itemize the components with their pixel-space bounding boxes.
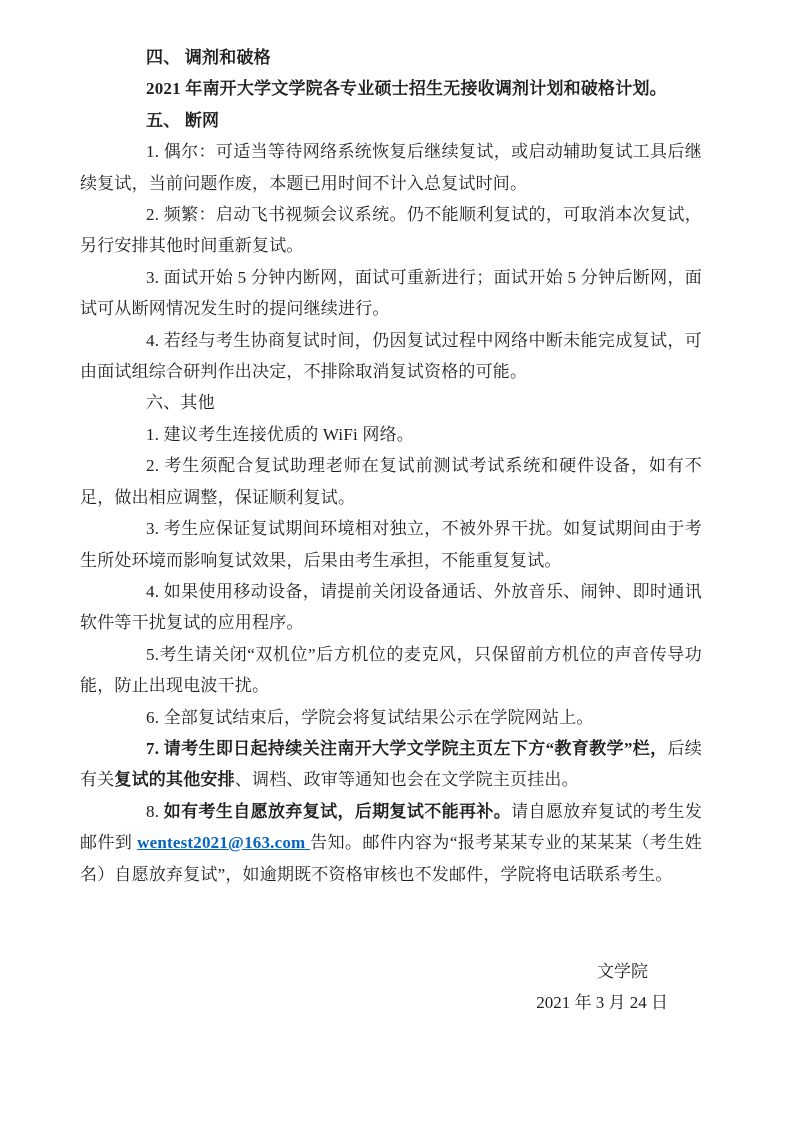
document-page: 四、 调剂和破格2021 年南开大学文学院各专业硕士招生无接收调剂计划和破格计划… <box>0 0 793 1122</box>
text-run: 、调档、政审等通知也会在文学院主页挂出。 <box>235 770 579 789</box>
text-run: 如有考生自愿放弃复试，后期复试不能再补。 <box>164 802 511 821</box>
section-5-item-3: 3. 面试开始 5 分钟内断网，面试可重新进行；面试开始 5 分钟后断网，面试可… <box>80 262 702 325</box>
text-run: 4. 如果使用移动设备，请提前关闭设备通话、外放音乐、闹钟、即时通讯软件等干扰复… <box>80 582 702 632</box>
document-body: 四、 调剂和破格2021 年南开大学文学院各专业硕士招生无接收调剂计划和破格计划… <box>80 42 702 890</box>
section-5-item-2: 2. 频繁：启动飞书视频会议系统。仍不能顺利复试的，可取消本次复试，另行安排其他… <box>80 199 702 262</box>
text-run: 8. <box>146 802 164 821</box>
text-run: 3. 考生应保证复试期间环境相对独立，不被外界干扰。如复试期间由于考生所处环境而… <box>80 519 702 569</box>
text-run: 1. 建议考生连接优质的 WiFi 网络。 <box>146 425 414 444</box>
text-run: 五、 断网 <box>146 111 219 130</box>
text-run: 4. 若经与考生协商复试时间，仍因复试过程中网络中断未能完成复试，可由面试组综合… <box>80 331 702 381</box>
signature-block: 文学院 2021 年 3 月 24 日 <box>80 956 702 1019</box>
text-run: 2. 考生须配合复试助理老师在复试前测试考试系统和硬件设备，如有不足，做出相应调… <box>80 456 702 506</box>
text-run: 2. 频繁：启动飞书视频会议系统。仍不能顺利复试的，可取消本次复试，另行安排其他… <box>80 205 702 255</box>
section-5-item-1: 1. 偶尔：可适当等待网络系统恢复后继续复试，或启动辅助复试工具后继续复试，当前… <box>80 136 702 199</box>
text-run: 1. 偶尔：可适当等待网络系统恢复后继续复试，或启动辅助复试工具后继续复试，当前… <box>80 142 702 192</box>
text-run: 四、 调剂和破格 <box>146 48 271 67</box>
section-6-item-6: 6. 全部复试结束后，学院会将复试结果公示在学院网站上。 <box>80 702 702 733</box>
text-run: 2021 年南开大学文学院各专业硕士招生无接收调剂计划和破格计划。 <box>146 79 667 98</box>
signature-org: 文学院 <box>80 956 702 987</box>
heading-section-6: 六、其他 <box>80 387 702 418</box>
text-run: 6. 全部复试结束后，学院会将复试结果公示在学院网站上。 <box>146 708 594 727</box>
section-6-item-5: 5.考生请关闭“双机位”后方机位的麦克风，只保留前方机位的声音传导功能，防止出现… <box>80 639 702 702</box>
section-5-item-4: 4. 若经与考生协商复试时间，仍因复试过程中网络中断未能完成复试，可由面试组综合… <box>80 325 702 388</box>
signature-date: 2021 年 3 月 24 日 <box>80 987 702 1018</box>
section-6-item-8: 8. 如有考生自愿放弃复试，后期复试不能再补。请自愿放弃复试的考生发邮件到 we… <box>80 796 702 890</box>
section-6-item-1: 1. 建议考生连接优质的 WiFi 网络。 <box>80 419 702 450</box>
section-6-item-2: 2. 考生须配合复试助理老师在复试前测试考试系统和硬件设备，如有不足，做出相应调… <box>80 450 702 513</box>
text-run: 六、其他 <box>146 393 215 412</box>
text-run: 复试的其他安排 <box>114 770 234 789</box>
section-6-item-3: 3. 考生应保证复试期间环境相对独立，不被外界干扰。如复试期间由于考生所处环境而… <box>80 513 702 576</box>
section-6-item-7: 7. 请考生即日起持续关注南开大学文学院主页左下方“教育教学”栏，后续有关复试的… <box>80 733 702 796</box>
heading-section-4: 四、 调剂和破格 <box>80 42 702 73</box>
section-6-item-4: 4. 如果使用移动设备，请提前关闭设备通话、外放音乐、闹钟、即时通讯软件等干扰复… <box>80 576 702 639</box>
heading-section-5: 五、 断网 <box>80 105 702 136</box>
text-run: 7. 请考生即日起持续关注南开大学文学院主页左下方“教育教学”栏， <box>146 739 667 758</box>
text-run: 5.考生请关闭“双机位”后方机位的麦克风，只保留前方机位的声音传导功能，防止出现… <box>80 645 702 695</box>
text-run: 3. 面试开始 5 分钟内断网，面试可重新进行；面试开始 5 分钟后断网，面试可… <box>80 268 702 318</box>
section-4-body: 2021 年南开大学文学院各专业硕士招生无接收调剂计划和破格计划。 <box>80 73 702 104</box>
email-link[interactable]: wentest2021@163.com <box>137 833 310 852</box>
